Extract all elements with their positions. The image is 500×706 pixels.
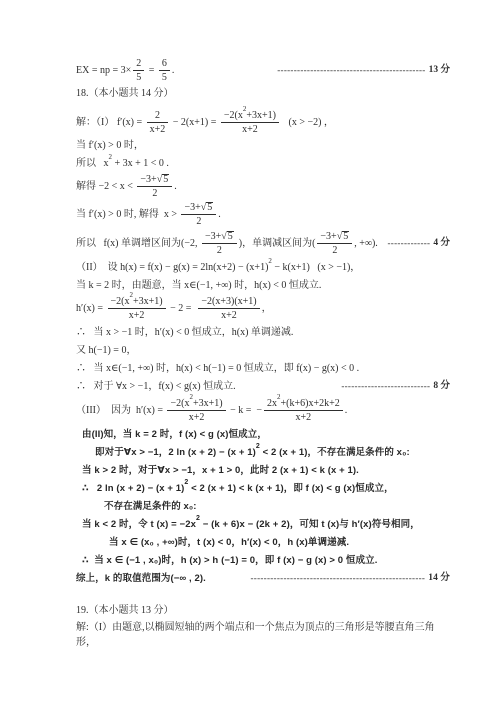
math-expression: h′(x) = −2(x2+3x+1)x+2 − 2 = −2(x+3)(x+1… bbox=[76, 296, 272, 321]
math-expression: ∴ 当 x ∈ (−1 , x₀)时，h (x) > h (−1) = 0，即 … bbox=[82, 553, 377, 568]
math-expression: 所以 x2 + 3x + 1 < 0 . bbox=[76, 156, 169, 171]
math-expression: 又 h(−1) = 0， bbox=[76, 343, 136, 358]
line-solve-interval: 解得 −2 < x < −3+√52. bbox=[76, 173, 450, 199]
line-problem19-solution-start: 解:（I）由题意,以椭圆短轴的两个端点和一个焦点为顶点的三角形是等腰直角三角形， bbox=[76, 620, 450, 650]
score-marker-13: ----------------------------------------… bbox=[271, 63, 450, 78]
line-k-greater-2: 当 k > 2 时，对于∀x > −1，x + 1 > 0，此时 2 (x + … bbox=[76, 462, 450, 478]
line-h-decreasing: ∴ 当 x > −1 时，h′(x) < 0 恒成立，h(x) 单调递减. bbox=[76, 324, 450, 340]
line-expectation-result: EX = np = 3×25 = 65. -------------------… bbox=[76, 57, 450, 83]
score-marker-4: -------------4 分 bbox=[381, 236, 450, 251]
score-label: 8 分 bbox=[430, 379, 450, 394]
math-expression: 当 k = 2 时，由题意，当 x∈(−1, +∞) 时，h(x) < 0 恒成… bbox=[76, 278, 321, 293]
line-define-h: （II） 设 h(x) = f(x) − g(x) = 2ln(x+2) − (… bbox=[76, 259, 450, 275]
math-expression: ∴ 对于 ∀x > −1，f(x) < g(x) 恒成立. bbox=[76, 379, 236, 394]
heading-text: 18.（本小题共 14 分） bbox=[76, 86, 174, 101]
line-by-part2-known: 由(II)知，当 k = 2 时，f (x) < g (x)恒成立， bbox=[76, 426, 450, 442]
math-expression: 当 f′(x) > 0 时, 解得 x > −3+√52. bbox=[76, 202, 221, 227]
line-t-negative-decreasing: 当 x ∈ (x₀ , +∞)时，t (x) < 0，h′(x) < 0，h (… bbox=[76, 534, 450, 550]
line-derivative-f: 解：（I） f′(x) = 2x+2 − 2(x+1) = −2(x2+3x+1… bbox=[76, 109, 450, 135]
line-range-of-k: 综上，k 的取值范围为(−∞ , 2). -------------------… bbox=[76, 570, 450, 586]
line-derivative-h-with-k: （III） 因为 h′(x) = −2(x2+3x+1)x+2 − k = −2… bbox=[76, 397, 450, 423]
heading-problem-19: 19.（本小题共 13 分） bbox=[76, 602, 450, 618]
math-expression: 由(II)知，当 k = 2 时，f (x) < g (x)恒成立， bbox=[82, 427, 267, 442]
math-expression: ∴ 2 ln (x + 2) − (x + 1)2 < 2 (x + 1) < … bbox=[82, 481, 394, 496]
math-expression: 当 f′(x) > 0 时， bbox=[76, 138, 144, 153]
math-expression: 不存在满足条件的 x₀: bbox=[104, 499, 197, 514]
math-expression: EX = np = 3×25 = 65. bbox=[76, 58, 174, 83]
line-derivative-h: h′(x) = −2(x2+3x+1)x+2 − 2 = −2(x+3)(x+1… bbox=[76, 295, 450, 321]
heading-text: 19.（本小题共 13 分） bbox=[76, 603, 174, 618]
line-conclusion-part2: ∴ 对于 ∀x > −1，f(x) < g(x) 恒成立. ----------… bbox=[76, 378, 450, 394]
line-h-positive-on-interval: ∴ 当 x ∈ (−1 , x₀)时，h (x) > h (−1) = 0，即 … bbox=[76, 552, 450, 568]
dash-ruler: ----------------------------------------… bbox=[277, 63, 425, 78]
math-expression: （II） 设 h(x) = f(x) − g(x) = 2ln(x+2) − (… bbox=[76, 260, 360, 275]
line-quadratic-inequality: 所以 x2 + 3x + 1 < 0 . bbox=[76, 155, 450, 171]
line-when-f-positive: 当 f′(x) > 0 时， bbox=[76, 137, 450, 153]
math-expression: ∴ 当 x > −1 时，h′(x) < 0 恒成立，h(x) 单调递减. bbox=[76, 325, 293, 340]
line-h-less-than-zero: ∴ 当 x∈(−1, +∞) 时，h(x) < h(−1) = 0 恒成立，即 … bbox=[76, 360, 450, 376]
dash-ruler: ----------------------------------------… bbox=[250, 571, 425, 586]
math-expression: 当 k < 2 时，令 t (x) = −2x2 − (k + 6)x − (2… bbox=[82, 517, 420, 532]
line-no-satisfying-x0: 不存在满足条件的 x₀: bbox=[76, 498, 450, 514]
dash-ruler: --------------------------- bbox=[341, 379, 430, 394]
math-expression: 解：（I） f′(x) = 2x+2 − 2(x+1) = −2(x2+3x+1… bbox=[76, 110, 334, 135]
line-when-f-positive-solve: 当 f′(x) > 0 时, 解得 x > −3+√52. bbox=[76, 201, 450, 227]
math-expression: 解得 −2 < x < −3+√52. bbox=[76, 174, 177, 199]
math-expression: 解:（I）由题意,以椭圆短轴的两个端点和一个焦点为顶点的三角形是等腰直角三角形， bbox=[76, 620, 450, 650]
math-expression: 所以 f(x) 单调增区间为(−2, −3+√52)，单调减区间为(−3+√52… bbox=[76, 231, 378, 256]
math-expression: 当 x ∈ (x₀ , +∞)时，t (x) < 0，h′(x) < 0，h (… bbox=[109, 535, 349, 550]
score-marker-14: ----------------------------------------… bbox=[244, 571, 450, 586]
score-label: 13 分 bbox=[426, 63, 450, 78]
math-expression: 即对于∀x > −1，2 ln (x + 2) − (x + 1)2 < 2 (… bbox=[95, 445, 410, 460]
heading-problem-18: 18.（本小题共 14 分） bbox=[76, 85, 450, 101]
line-forall-inequality: 即对于∀x > −1，2 ln (x + 2) − (x + 1)2 < 2 (… bbox=[76, 444, 450, 460]
math-expression: ∴ 当 x∈(−1, +∞) 时，h(x) < h(−1) = 0 恒成立，即 … bbox=[76, 361, 359, 376]
dash-ruler: ------------- bbox=[387, 236, 430, 251]
line-h-at-minus-one: 又 h(−1) = 0， bbox=[76, 342, 450, 358]
score-label: 14 分 bbox=[425, 571, 450, 586]
score-marker-8: ---------------------------8 分 bbox=[335, 379, 450, 394]
line-monotonic-intervals: 所以 f(x) 单调增区间为(−2, −3+√52)，单调减区间为(−3+√52… bbox=[76, 230, 450, 256]
math-expression: （III） 因为 h′(x) = −2(x2+3x+1)x+2 − k = −2… bbox=[76, 398, 347, 423]
document-page: EX = np = 3×25 = 65. -------------------… bbox=[0, 0, 500, 706]
math-expression: 综上，k 的取值范围为(−∞ , 2). bbox=[76, 571, 206, 586]
math-expression: 当 k > 2 时，对于∀x > −1，x + 1 > 0，此时 2 (x + … bbox=[82, 463, 359, 478]
line-therefore-chain: ∴ 2 ln (x + 2) − (x + 1)2 < 2 (x + 1) < … bbox=[76, 480, 450, 496]
line-k-less-2-define-t: 当 k < 2 时，令 t (x) = −2x2 − (k + 6)x − (2… bbox=[76, 516, 450, 532]
score-label: 4 分 bbox=[430, 236, 450, 251]
